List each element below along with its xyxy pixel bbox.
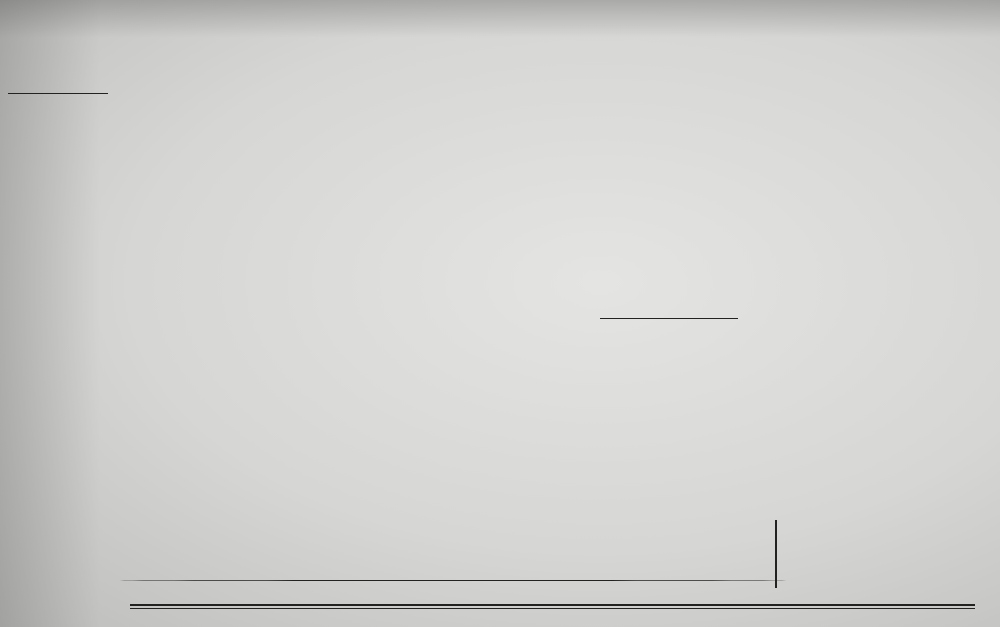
double-rule-bottom: [130, 608, 975, 609]
closing-vertical-stroke: [775, 520, 777, 588]
double-rule-top: [130, 604, 975, 606]
child-name-flourish: [600, 318, 738, 319]
closing-flourish: [118, 580, 788, 581]
paper-vignette: [0, 0, 1000, 627]
margin-underline: [8, 93, 108, 94]
